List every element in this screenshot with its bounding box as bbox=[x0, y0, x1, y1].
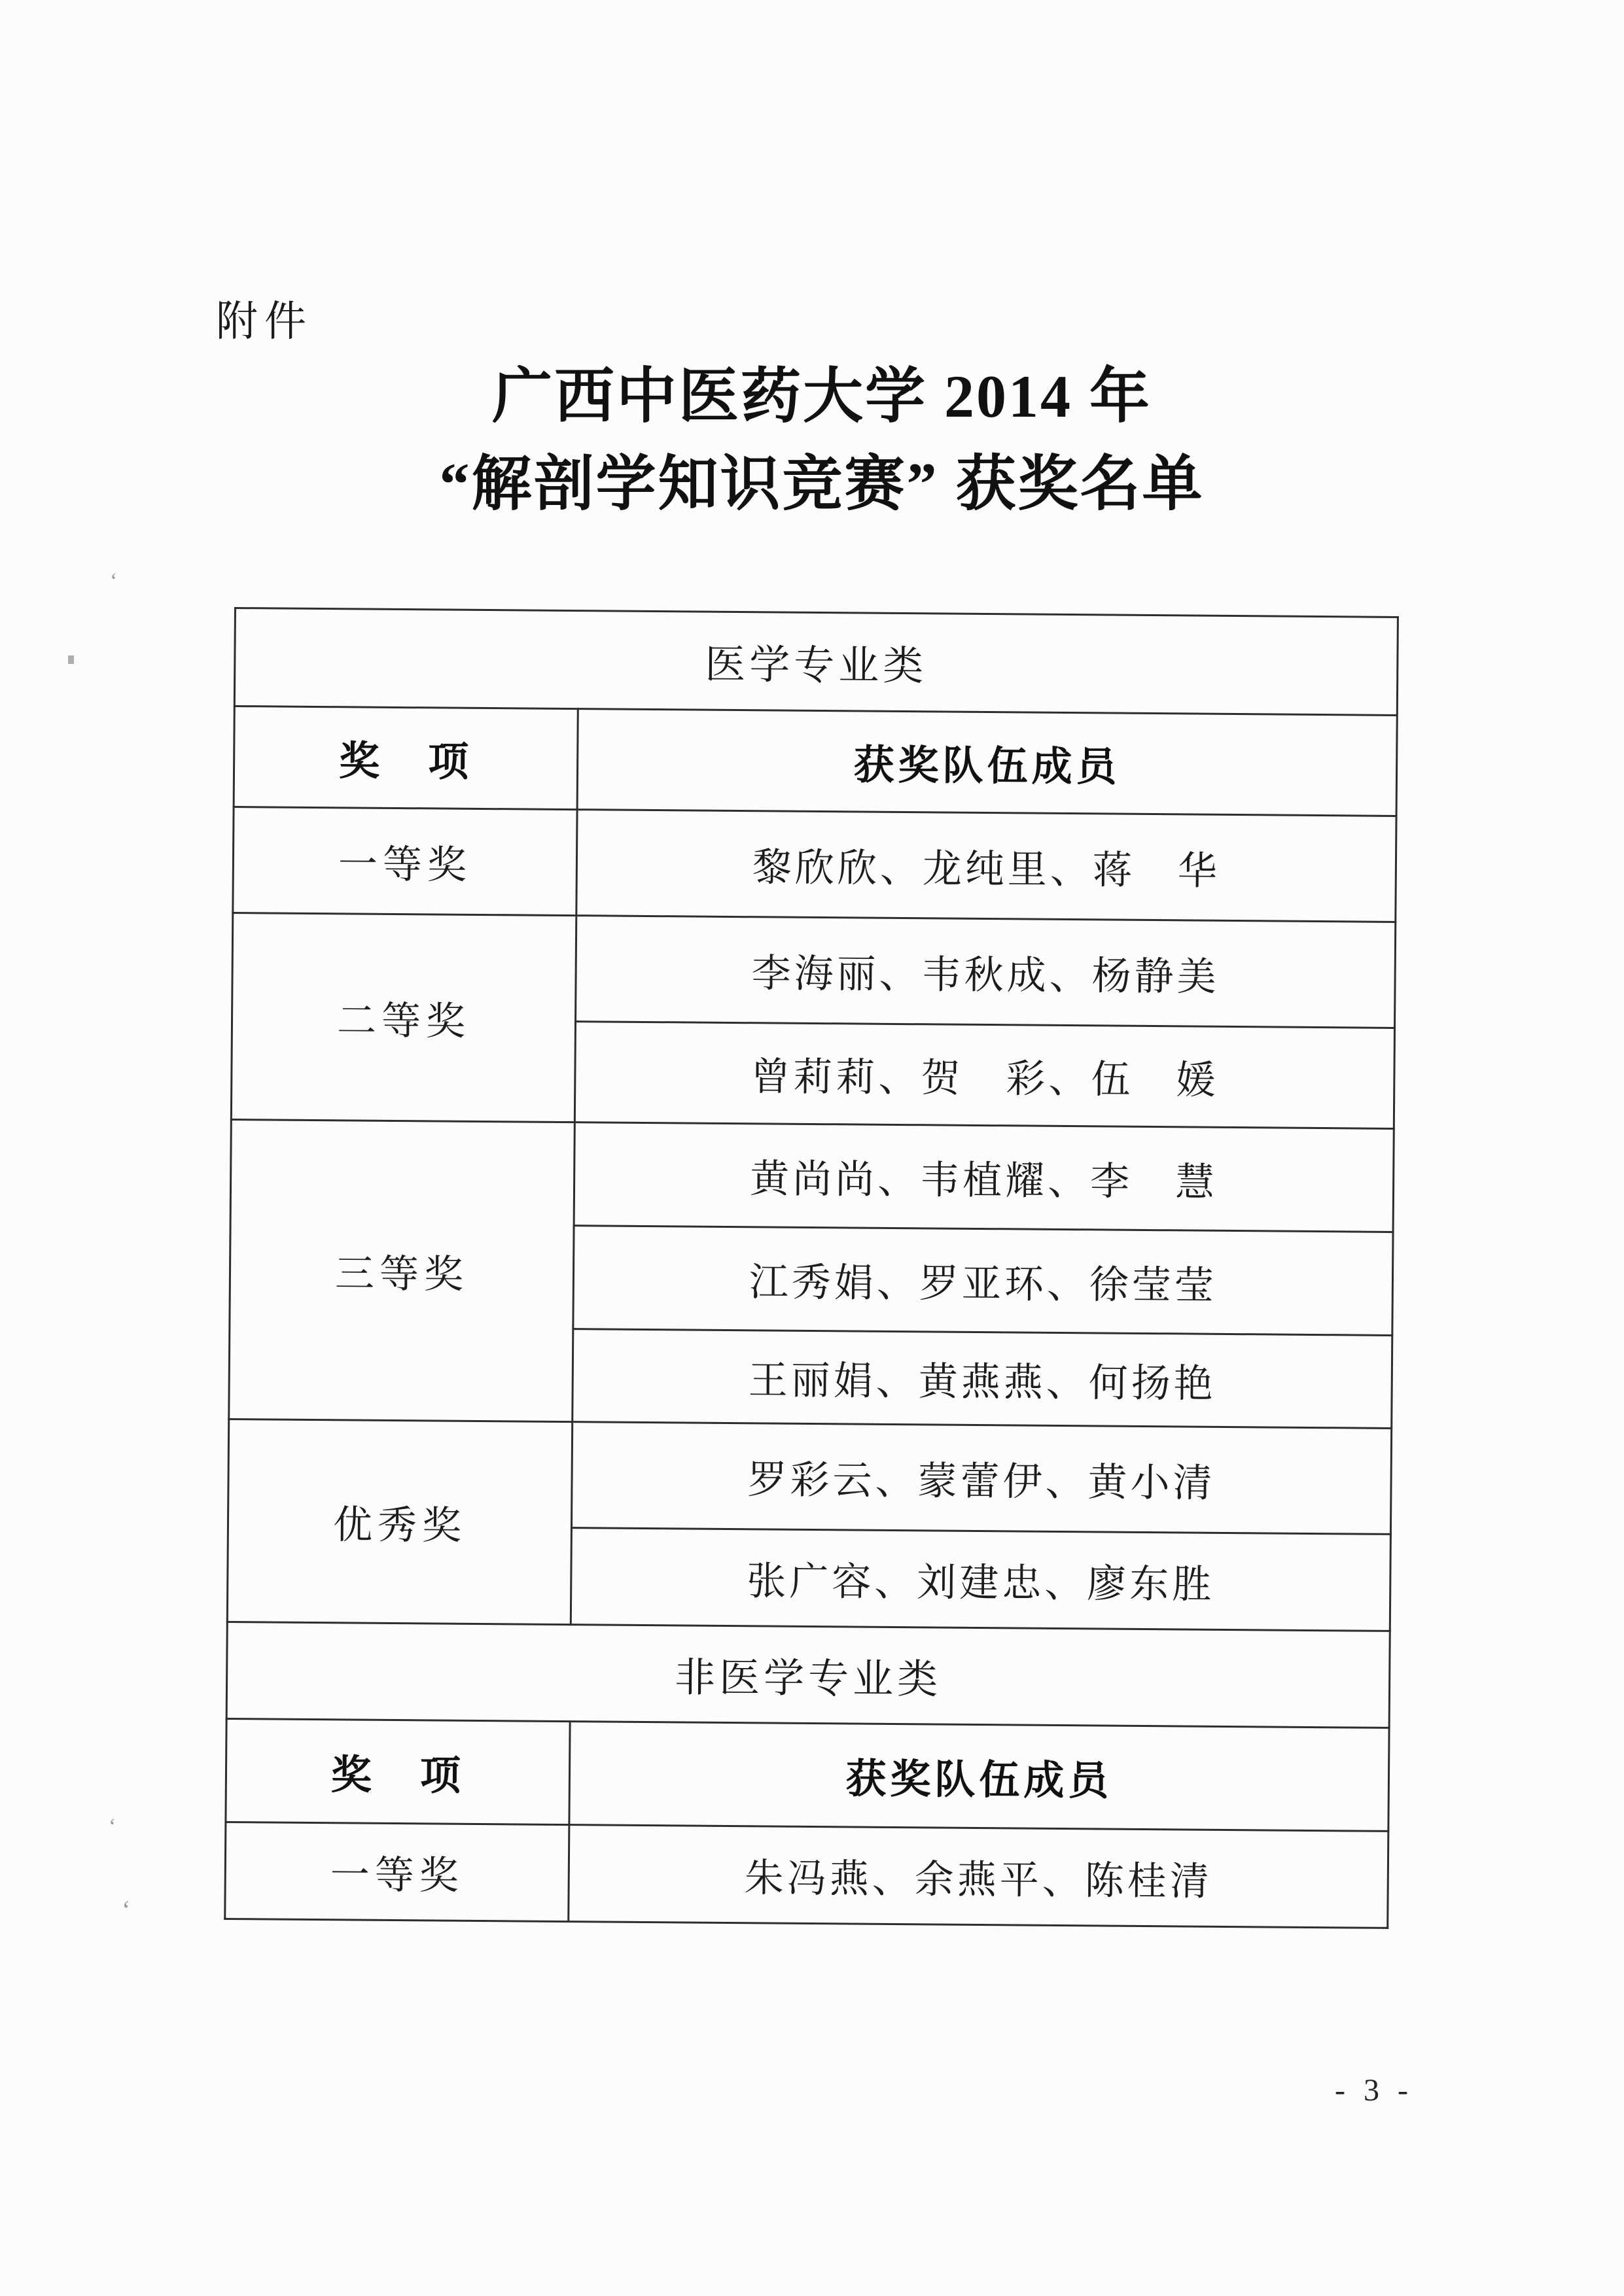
award-cell: 优秀奖 bbox=[227, 1419, 572, 1624]
award-cell: 三等奖 bbox=[229, 1119, 575, 1421]
scan-artifact: ʻ bbox=[109, 1816, 116, 1838]
members-cell: 李海丽、韦秋成、杨静美 bbox=[576, 916, 1396, 1028]
scan-artifact: ʻ bbox=[122, 1897, 130, 1923]
members-cell: 朱冯燕、余燕平、陈桂清 bbox=[569, 1825, 1388, 1928]
members-column-header: 获奖队伍成员 bbox=[569, 1722, 1389, 1832]
attachment-label: 附件 bbox=[216, 288, 313, 348]
award-cell: 二等奖 bbox=[231, 913, 576, 1122]
page-number: - 3 - bbox=[1335, 2072, 1413, 2108]
members-column-header: 获奖队伍成员 bbox=[577, 709, 1397, 816]
scan-artifact bbox=[68, 655, 74, 664]
document-page: 附件 广西中医药大学 2014 年 “解剖学知识竞赛” 获奖名单 医学专业类 奖… bbox=[0, 0, 1624, 2296]
award-cell: 一等奖 bbox=[225, 1822, 569, 1921]
title-line-2: “解剖学知识竞赛” 获奖名单 bbox=[20, 454, 1624, 514]
award-column-header: 奖 项 bbox=[226, 1718, 570, 1824]
members-cell: 王丽娟、黄燕燕、何扬艳 bbox=[573, 1329, 1392, 1429]
members-cell: 张广容、刘建忠、廖东胜 bbox=[571, 1528, 1390, 1631]
members-cell: 罗彩云、蒙蕾伊、黄小清 bbox=[571, 1422, 1391, 1535]
members-cell: 黄尚尚、韦植耀、李 慧 bbox=[574, 1122, 1394, 1232]
title-line-1: 广西中医药大学 2014 年 bbox=[20, 366, 1624, 426]
members-cell: 江秀娟、罗亚环、徐莹莹 bbox=[573, 1226, 1393, 1336]
award-column-header: 奖 项 bbox=[234, 706, 578, 810]
section-header-cell: 非医学专业类 bbox=[226, 1622, 1390, 1728]
scan-artifact: ʻ bbox=[110, 570, 117, 593]
award-cell: 一等奖 bbox=[233, 807, 577, 916]
members-cell: 黎欣欣、龙纯里、蒋 华 bbox=[576, 810, 1396, 922]
section-header-cell: 医学专业类 bbox=[234, 608, 1398, 716]
awards-table: 医学专业类 奖 项 获奖队伍成员 一等奖 黎欣欣、龙纯里、蒋 华 二等奖 李海丽… bbox=[224, 607, 1399, 1929]
doc-title: 广西中医药大学 2014 年 “解剖学知识竞赛” 获奖名单 bbox=[0, 366, 1624, 514]
members-cell: 曾莉莉、贺 彩、伍 媛 bbox=[574, 1022, 1394, 1129]
